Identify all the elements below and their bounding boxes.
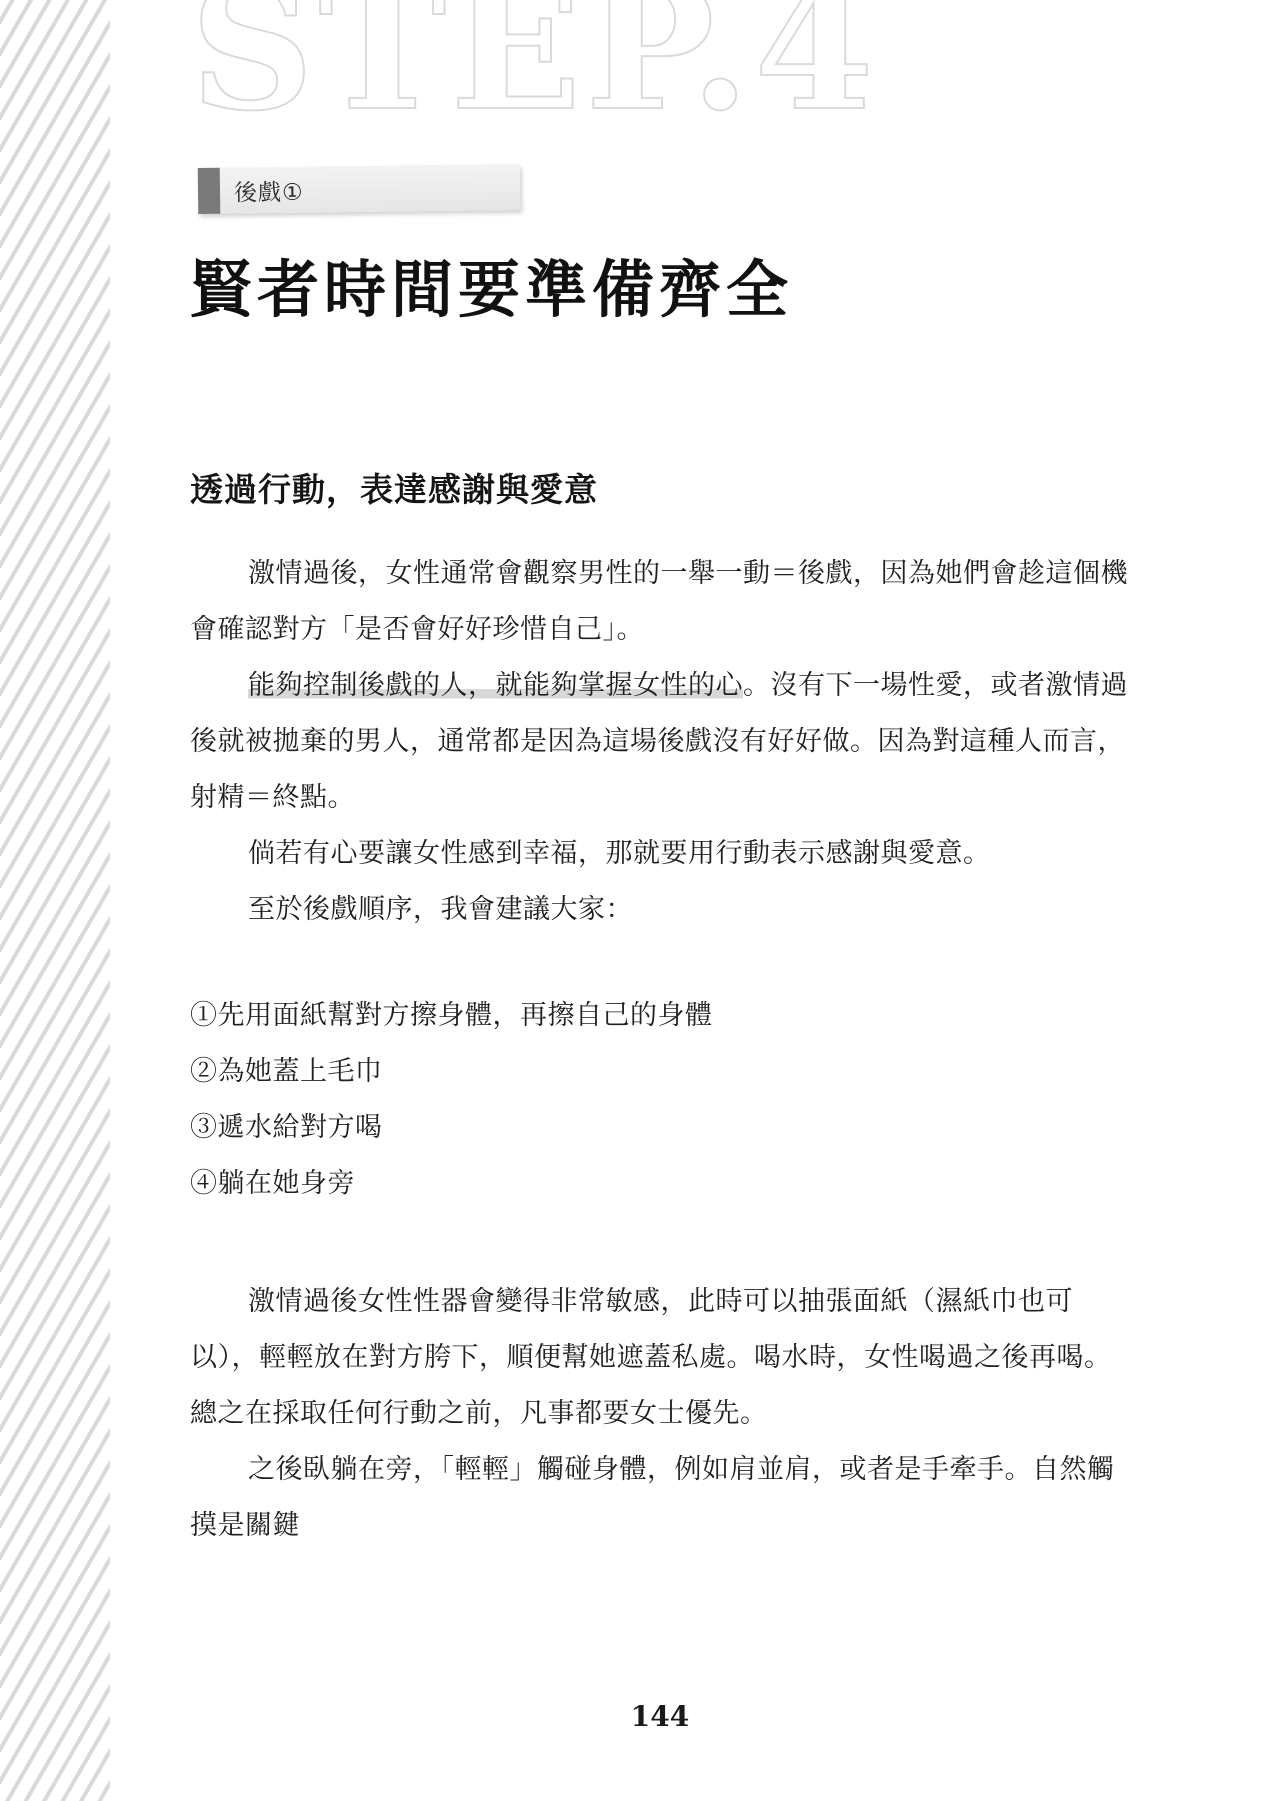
section-tag-label: 後戲① [234, 173, 304, 207]
paragraph: 倘若有心要讓女性感到幸福，那就要用行動表示感謝與愛意。 [190, 826, 1130, 882]
closing-paragraphs: 激情過後女性性器會變得非常敏感，此時可以抽張面紙（濕紙巾也可以），輕輕放在對方胯… [190, 1274, 1130, 1554]
step-text: 遞水給對方喝 [218, 1112, 383, 1143]
step-text: 躺在她身旁 [218, 1168, 356, 1199]
section-tag: 後戲① [198, 164, 521, 214]
step-marker: ③ [190, 1112, 218, 1143]
list-item: ②為她蓋上毛巾 [190, 1044, 1130, 1100]
paragraph: 激情過後，女性通常會觀察男性的一舉一動＝後戲，因為她們會趁這個機會確認對方「是否… [190, 546, 1130, 658]
list-item: ①先用面紙幫對方擦身體，再擦自己的身體 [190, 988, 1130, 1044]
step-text: 為她蓋上毛巾 [218, 1056, 383, 1087]
paragraph: 能夠控制後戲的人，就能夠掌握女性的心。沒有下一場性愛，或者激情過後就被拋棄的男人… [190, 658, 1130, 826]
aftercare-steps-list: ①先用面紙幫對方擦身體，再擦自己的身體 ②為她蓋上毛巾 ③遞水給對方喝 ④躺在她… [190, 988, 1130, 1212]
highlighted-phrase: 能夠控制後戲的人，就能夠掌握女性的心 [248, 670, 743, 701]
page-title: 賢者時間要準備齊全 [190, 256, 793, 324]
striped-margin-band [0, 0, 110, 1801]
tag-marker-bar [198, 168, 221, 214]
list-item: ④躺在她身旁 [190, 1156, 1130, 1212]
step-marker: ② [190, 1056, 218, 1087]
list-item: ③遞水給對方喝 [190, 1100, 1130, 1156]
paragraph: 之後臥躺在旁，「輕輕」觸碰身體，例如肩並肩，或者是手牽手。自然觸摸是關鍵 [190, 1442, 1130, 1554]
intro-paragraphs: 激情過後，女性通常會觀察男性的一舉一動＝後戲，因為她們會趁這個機會確認對方「是否… [190, 546, 1130, 938]
section-subheading: 透過行動，表達感謝與愛意 [190, 464, 598, 511]
step-marker: ① [190, 1000, 218, 1031]
step-text: 先用面紙幫對方擦身體，再擦自己的身體 [218, 1000, 713, 1031]
page-number: 144 [0, 1700, 1280, 1733]
paragraph: 激情過後女性性器會變得非常敏感，此時可以抽張面紙（濕紙巾也可以），輕輕放在對方胯… [190, 1274, 1130, 1442]
paragraph: 至於後戲順序，我會建議大家： [190, 882, 1130, 938]
step-watermark-heading: STEP.4 [190, 0, 878, 134]
step-marker: ④ [190, 1168, 218, 1199]
